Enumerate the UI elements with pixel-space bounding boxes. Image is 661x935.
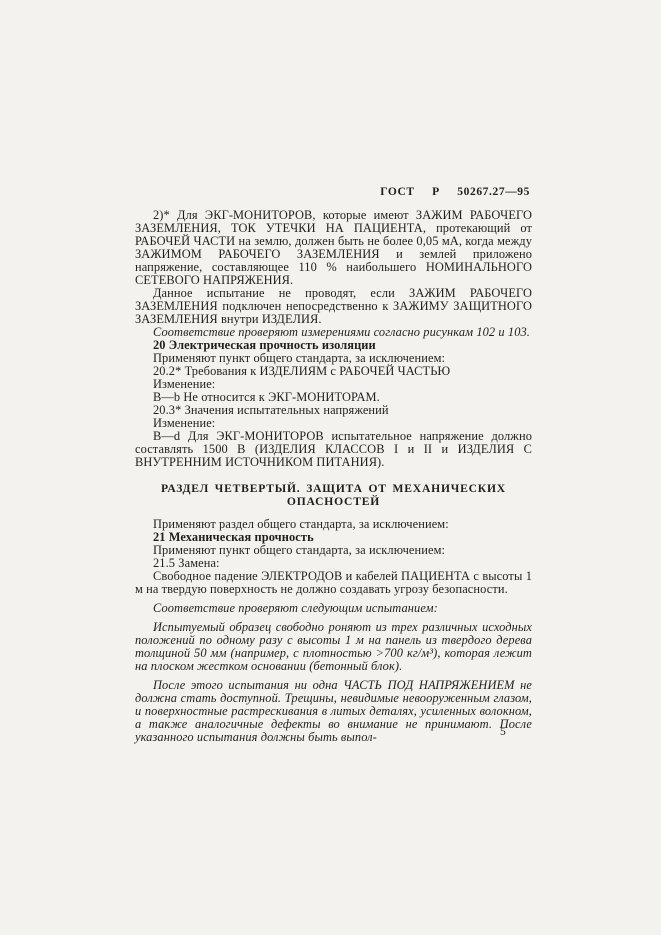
paragraph: В—d Для ЭКГ-МОНИТОРОВ испытательное напр…: [135, 430, 532, 469]
paragraph: 2)* Для ЭКГ-МОНИТОРОВ, которые имеют ЗАЖ…: [135, 209, 532, 287]
paragraph: Соответствие проверяют следующим испытан…: [135, 602, 532, 615]
section-heading: РАЗДЕЛ ЧЕТВЕРТЫЙ. ЗАЩИТА ОТ МЕХАНИЧЕСКИХ…: [135, 482, 532, 508]
document-body: 2)* Для ЭКГ-МОНИТОРОВ, которые имеют ЗАЖ…: [135, 209, 532, 744]
document-page: ГОСТ Р 50267.27—95 2)* Для ЭКГ-МОНИТОРОВ…: [0, 0, 661, 935]
paragraph: Испытуемый образец свободно роняют из тр…: [135, 621, 532, 673]
paragraph: Свободное падение ЭЛЕКТРОДОВ и кабелей П…: [135, 570, 532, 596]
text-column: ГОСТ Р 50267.27—95 2)* Для ЭКГ-МОНИТОРОВ…: [135, 186, 532, 744]
standard-designation-header: ГОСТ Р 50267.27—95: [135, 186, 532, 198]
page-number: 5: [500, 726, 506, 738]
paragraph: После этого испытания ни одна ЧАСТЬ ПОД …: [135, 679, 532, 744]
paragraph: Данное испытание не проводят, если ЗАЖИМ…: [135, 287, 532, 326]
